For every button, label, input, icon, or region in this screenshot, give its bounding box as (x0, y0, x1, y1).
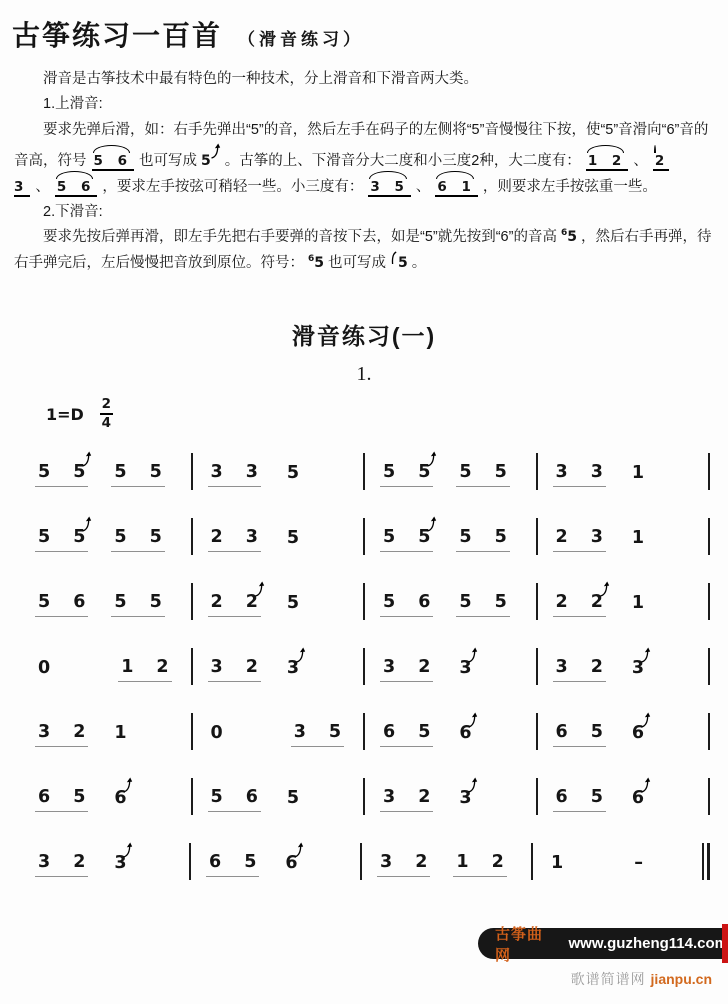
note: 5 (211, 789, 223, 807)
text-segment: 也可写成 (328, 255, 386, 271)
measure: 656 (538, 715, 709, 747)
time-signature: 2 4 (100, 398, 113, 430)
note-group: 3 (111, 855, 129, 878)
barline (708, 713, 710, 750)
key-signature: 1=D (46, 405, 84, 424)
intro-paragraph: 滑音是古筝技术中最有特色的一种技术，分上滑音和下滑音两大类。 (14, 67, 714, 92)
measure: 5555 (20, 455, 191, 487)
downward-hook-icon (390, 255, 398, 271)
upward-slide-icon (467, 777, 478, 798)
note: 3 (556, 659, 568, 677)
upward-slide-icon (122, 842, 133, 863)
site-banner: 古筝曲网 www.guzheng114.com (478, 928, 728, 959)
note: 2 (556, 529, 568, 547)
upward-slide-icon (599, 581, 610, 602)
beamed-note-group: 55 (456, 529, 509, 553)
note: 2 (556, 594, 568, 612)
note: 2 (246, 659, 258, 677)
down-slide-notation-symbol: 65 (561, 229, 577, 245)
note: 2 (211, 594, 223, 612)
note: 1 (632, 595, 644, 613)
note-group: 5 (284, 465, 302, 488)
page-header: 古筝练习一百首 （滑音练习） (10, 10, 718, 54)
note-group: 3 (456, 790, 474, 813)
notation-line: 55553355555331 (20, 450, 710, 492)
note: 5 (383, 529, 395, 547)
down-slide-notation-symbol: 5 (390, 255, 408, 271)
barline (707, 843, 710, 880)
measure: 221 (538, 585, 709, 617)
upward-slide-icon (81, 516, 92, 537)
beamed-note-group: 32 (380, 659, 433, 683)
text-segment: ，要求左手按弦可稍轻一些。小三度有： (102, 179, 363, 195)
note: 5 (38, 529, 50, 547)
note-group: 6 (629, 725, 647, 748)
note-with-up-slide: 5 (73, 464, 85, 482)
upward-slide-icon (640, 647, 651, 668)
measure: 5555 (365, 455, 536, 487)
measure: 1– (533, 845, 702, 877)
note-with-up-slide: 6 (114, 790, 126, 808)
up-slide-notation-symbol: 5 6 (55, 179, 98, 197)
note: 5 (591, 724, 603, 742)
note: 1 (114, 725, 126, 743)
up-slide-heading: 1.上滑音: (14, 92, 714, 117)
beamed-note-group: 55 (456, 594, 509, 618)
note: 5 (150, 464, 162, 482)
note: 3 (380, 854, 392, 872)
upward-slide-icon (122, 777, 133, 798)
network-credit: 歌谱简谱网 jianpu.cn (571, 969, 712, 989)
time-signature-denominator: 4 (102, 417, 111, 431)
note: 5 (495, 529, 507, 547)
note: 6 (246, 789, 258, 807)
measure: 321 (20, 715, 191, 747)
beamed-note-group: 56 (208, 789, 261, 813)
measure: 5555 (20, 520, 191, 552)
note: 5 (38, 594, 50, 612)
note: 5 (114, 464, 126, 482)
upward-slide-icon (211, 153, 221, 169)
beamed-note-group: 55 (35, 529, 88, 553)
down-slide-heading: 2.下滑音: (14, 200, 714, 225)
time-signature-numerator: 2 (102, 398, 111, 412)
note: 5 (287, 790, 299, 808)
beamed-note-group: 23 (553, 529, 606, 553)
note: 3 (246, 529, 258, 547)
text-segment: ，则要求左手按弦重一些。 (483, 179, 657, 195)
note: 3 (556, 464, 568, 482)
measure: 323 (365, 650, 536, 682)
page-subtitle: （滑音练习） (238, 25, 364, 54)
up-slide-paragraph: 要求先弹后滑，如：右手先弹出“5”的音，然后左手在码子的左侧将“5”音慢慢往下按… (14, 118, 714, 200)
sheet-music-page: 古筝练习一百首 （滑音练习） 滑音是古筝技术中最有特色的一种技术，分上滑音和下滑… (0, 0, 728, 882)
beamed-note-group: 65 (206, 854, 259, 878)
measure: 331 (538, 455, 709, 487)
note: 6 (38, 789, 50, 807)
note-with-up-slide: 2 (246, 594, 258, 612)
upward-slide-icon (467, 647, 478, 668)
beamed-note-group: 32 (377, 854, 430, 878)
beamed-note-group: 65 (553, 724, 606, 748)
upward-slide-icon (254, 581, 265, 602)
note: 2 (591, 659, 603, 677)
note: 5 (287, 595, 299, 613)
beamed-note-group: 32 (35, 854, 88, 878)
text-segment: 要求先按后弹再滑，即左手先把右手要弹的音按下去，如是“5”就先按到“6”的音高 (43, 229, 557, 245)
upward-slide-icon (295, 647, 306, 668)
measure: 5655 (365, 585, 536, 617)
text-segment: 也可写成 (139, 153, 197, 169)
beamed-note-group: 33 (208, 464, 261, 488)
note: 5 (459, 594, 471, 612)
note: 5 (495, 464, 507, 482)
note: 5 (383, 464, 395, 482)
note: 6 (209, 854, 221, 872)
note-group: 6 (456, 725, 474, 748)
up-slide-notation-symbol: 1 2 (586, 153, 629, 171)
note: 5 (495, 594, 507, 612)
beamed-note-group: 23 (208, 529, 261, 553)
upward-slide-icon (640, 712, 651, 733)
intro-text-block: 滑音是古筝技术中最有特色的一种技术，分上滑音和下滑音两大类。 1.上滑音: 要求… (10, 67, 718, 276)
note: 5 (383, 594, 395, 612)
note-with-up-slide: 6 (285, 855, 297, 873)
piece-number: 1. (10, 363, 718, 386)
note: 0 (38, 660, 50, 678)
note-with-up-slide: 5 (73, 529, 85, 547)
note: 3 (211, 464, 223, 482)
note: 5 (287, 465, 299, 483)
note: 1 (121, 659, 133, 677)
note: 3 (38, 724, 50, 742)
down-slide-paragraph: 要求先按后弹再滑，即左手先把右手要弹的音按下去，如是“5”就先按到“6”的音高6… (14, 225, 714, 276)
note: – (634, 855, 643, 873)
page-title: 古筝练习一百首 (12, 14, 222, 54)
beamed-note-group: 56 (380, 594, 433, 618)
measure: 335 (193, 455, 364, 487)
note-group: 5 (284, 595, 302, 618)
beamed-note-group: 35 (291, 724, 344, 748)
upward-slide-icon (467, 712, 478, 733)
note: 1 (551, 855, 563, 873)
note: 6 (383, 724, 395, 742)
measure: 5555 (365, 520, 536, 552)
measure: 231 (538, 520, 709, 552)
key-signature-line: 1=D 2 4 (46, 398, 718, 430)
beamed-note-group: 32 (208, 659, 261, 683)
note-group: 3 (456, 660, 474, 683)
note: 2 (73, 724, 85, 742)
note: 3 (383, 789, 395, 807)
note-with-up-slide: 3 (459, 790, 471, 808)
note: 2 (211, 529, 223, 547)
note-with-up-slide: 6 (632, 725, 644, 743)
note: 3 (294, 724, 306, 742)
note: 2 (418, 789, 430, 807)
note: 6 (556, 724, 568, 742)
note: 1 (632, 530, 644, 548)
beamed-note-group: 32 (553, 659, 606, 683)
beamed-note-group: 32 (380, 789, 433, 813)
note: 5 (459, 529, 471, 547)
piece-section-title: 滑音练习(一) (10, 318, 718, 351)
note: 5 (329, 724, 341, 742)
measure: 323 (193, 650, 364, 682)
beamed-note-group: 65 (553, 789, 606, 813)
note-group: 1 (629, 465, 647, 488)
note-with-up-slide: 6 (459, 725, 471, 743)
note: 3 (246, 464, 258, 482)
note: 3 (591, 464, 603, 482)
note-group: 5 (284, 790, 302, 813)
site-name: 古筝曲网 (495, 923, 558, 965)
note: 2 (73, 854, 85, 872)
measure: 656 (538, 780, 709, 812)
note-with-up-slide: 5 (418, 529, 430, 547)
beamed-note-group: 55 (111, 594, 164, 618)
up-slide-notation-symbol: 3 5 (368, 179, 411, 197)
note: 5 (244, 854, 256, 872)
up-slide-notation-symbol: 6 1 (435, 179, 478, 197)
note: 2 (492, 854, 504, 872)
up-slide-notation-symbol: 5 6 (92, 153, 135, 171)
barline (708, 453, 710, 490)
note: 2 (156, 659, 168, 677)
barline (708, 583, 710, 620)
note: 3 (591, 529, 603, 547)
note: 5 (73, 789, 85, 807)
measure: 323 (538, 650, 709, 682)
notation-line: 56552255655221 (20, 580, 710, 622)
note: 1 (632, 465, 644, 483)
text-segment: 、 (633, 153, 648, 169)
text-segment: 。 (412, 255, 427, 271)
note: 5 (591, 789, 603, 807)
note: 2 (418, 659, 430, 677)
note: 3 (383, 659, 395, 677)
beamed-note-group: 33 (553, 464, 606, 488)
upward-slide-icon (81, 451, 92, 472)
note: 5 (150, 594, 162, 612)
beamed-note-group: 55 (456, 464, 509, 488)
note-group: 3 (629, 660, 647, 683)
note-with-up-slide: 3 (459, 660, 471, 678)
beamed-note-group: 55 (111, 464, 164, 488)
upward-slide-icon (293, 842, 304, 863)
notation-line: 656565323656 (20, 775, 710, 817)
beamed-note-group: 56 (35, 594, 88, 618)
note-with-up-slide: 3 (632, 660, 644, 678)
beamed-note-group: 55 (380, 464, 433, 488)
text-segment: 、 (35, 179, 50, 195)
site-url: www.guzheng114.com (569, 935, 728, 952)
note-group: 3 (284, 660, 302, 683)
note-group: 5 (284, 530, 302, 553)
notation-area: 5555335555533155552355555231565522556552… (20, 450, 710, 882)
barline (702, 843, 704, 880)
measure: 5655 (20, 585, 191, 617)
note: 1 (456, 854, 468, 872)
note-group: 6 (282, 855, 300, 878)
upward-slide-icon (426, 451, 437, 472)
measure: 656 (20, 780, 191, 812)
note-group: 1 (629, 530, 647, 553)
note-with-up-slide: 2 (591, 594, 603, 612)
measure: 035 (193, 715, 364, 747)
note-group: 0 (35, 660, 53, 683)
note-group: 1 (629, 595, 647, 618)
up-slide-notation-symbol: 5 (201, 153, 221, 169)
note: 5 (459, 464, 471, 482)
beamed-note-group: 55 (380, 529, 433, 553)
measure: 565 (193, 780, 364, 812)
note: 3 (38, 854, 50, 872)
note: 5 (418, 724, 430, 742)
note: 5 (38, 464, 50, 482)
note: 6 (73, 594, 85, 612)
barline (708, 778, 710, 815)
upward-slide-icon (426, 516, 437, 537)
note: 2 (415, 854, 427, 872)
down-slide-notation-symbol: 65 (308, 255, 324, 271)
note: 5 (287, 530, 299, 548)
barline (708, 518, 710, 555)
beamed-note-group: 32 (35, 724, 88, 748)
beamed-note-group: 55 (35, 464, 88, 488)
note: 5 (114, 529, 126, 547)
note-group: 1 (111, 725, 129, 748)
beamed-note-group: 22 (208, 594, 261, 618)
upward-slide-icon (640, 777, 651, 798)
network-label: 歌谱简谱网 (571, 971, 646, 987)
note: 6 (418, 594, 430, 612)
measure: 323 (365, 780, 536, 812)
note-group: 6 (629, 790, 647, 813)
barline (708, 648, 710, 685)
beamed-note-group: 65 (35, 789, 88, 813)
beamed-note-group: 65 (380, 724, 433, 748)
note-with-up-slide: 3 (114, 855, 126, 873)
note: 6 (556, 789, 568, 807)
note-group: 0 (208, 725, 226, 748)
final-double-barline (702, 843, 710, 880)
note-group: 6 (111, 790, 129, 813)
note-with-up-slide: 3 (287, 660, 299, 678)
note: 3 (211, 659, 223, 677)
beamed-note-group: 55 (111, 529, 164, 553)
text-segment: 。古筝的上、下滑音分大二度和小三度2种，大二度有： (225, 153, 581, 169)
measure: 225 (193, 585, 364, 617)
note-group: – (631, 855, 646, 878)
note-with-up-slide: 5 (418, 464, 430, 482)
notation-line: 32365632121– (20, 840, 710, 882)
measure: 656 (365, 715, 536, 747)
note-with-up-slide: 6 (632, 790, 644, 808)
notation-line: 321035656656 (20, 710, 710, 752)
beamed-note-group: 12 (118, 659, 171, 683)
note: 5 (150, 529, 162, 547)
note: 0 (211, 725, 223, 743)
text-segment: 、 (416, 179, 431, 195)
measure: 656 (191, 845, 360, 877)
measure: 323 (20, 845, 189, 877)
notation-line: 55552355555231 (20, 515, 710, 557)
beamed-note-group: 12 (453, 854, 506, 878)
note: 5 (114, 594, 126, 612)
measure: 3212 (362, 845, 531, 877)
page-edge-stripe (722, 924, 728, 963)
measure: 012 (20, 650, 191, 682)
measure: 235 (193, 520, 364, 552)
note-group: 1 (548, 855, 566, 878)
notation-line: 012323323323 (20, 645, 710, 687)
network-link: jianpu.cn (651, 971, 712, 987)
beamed-note-group: 22 (553, 594, 606, 618)
